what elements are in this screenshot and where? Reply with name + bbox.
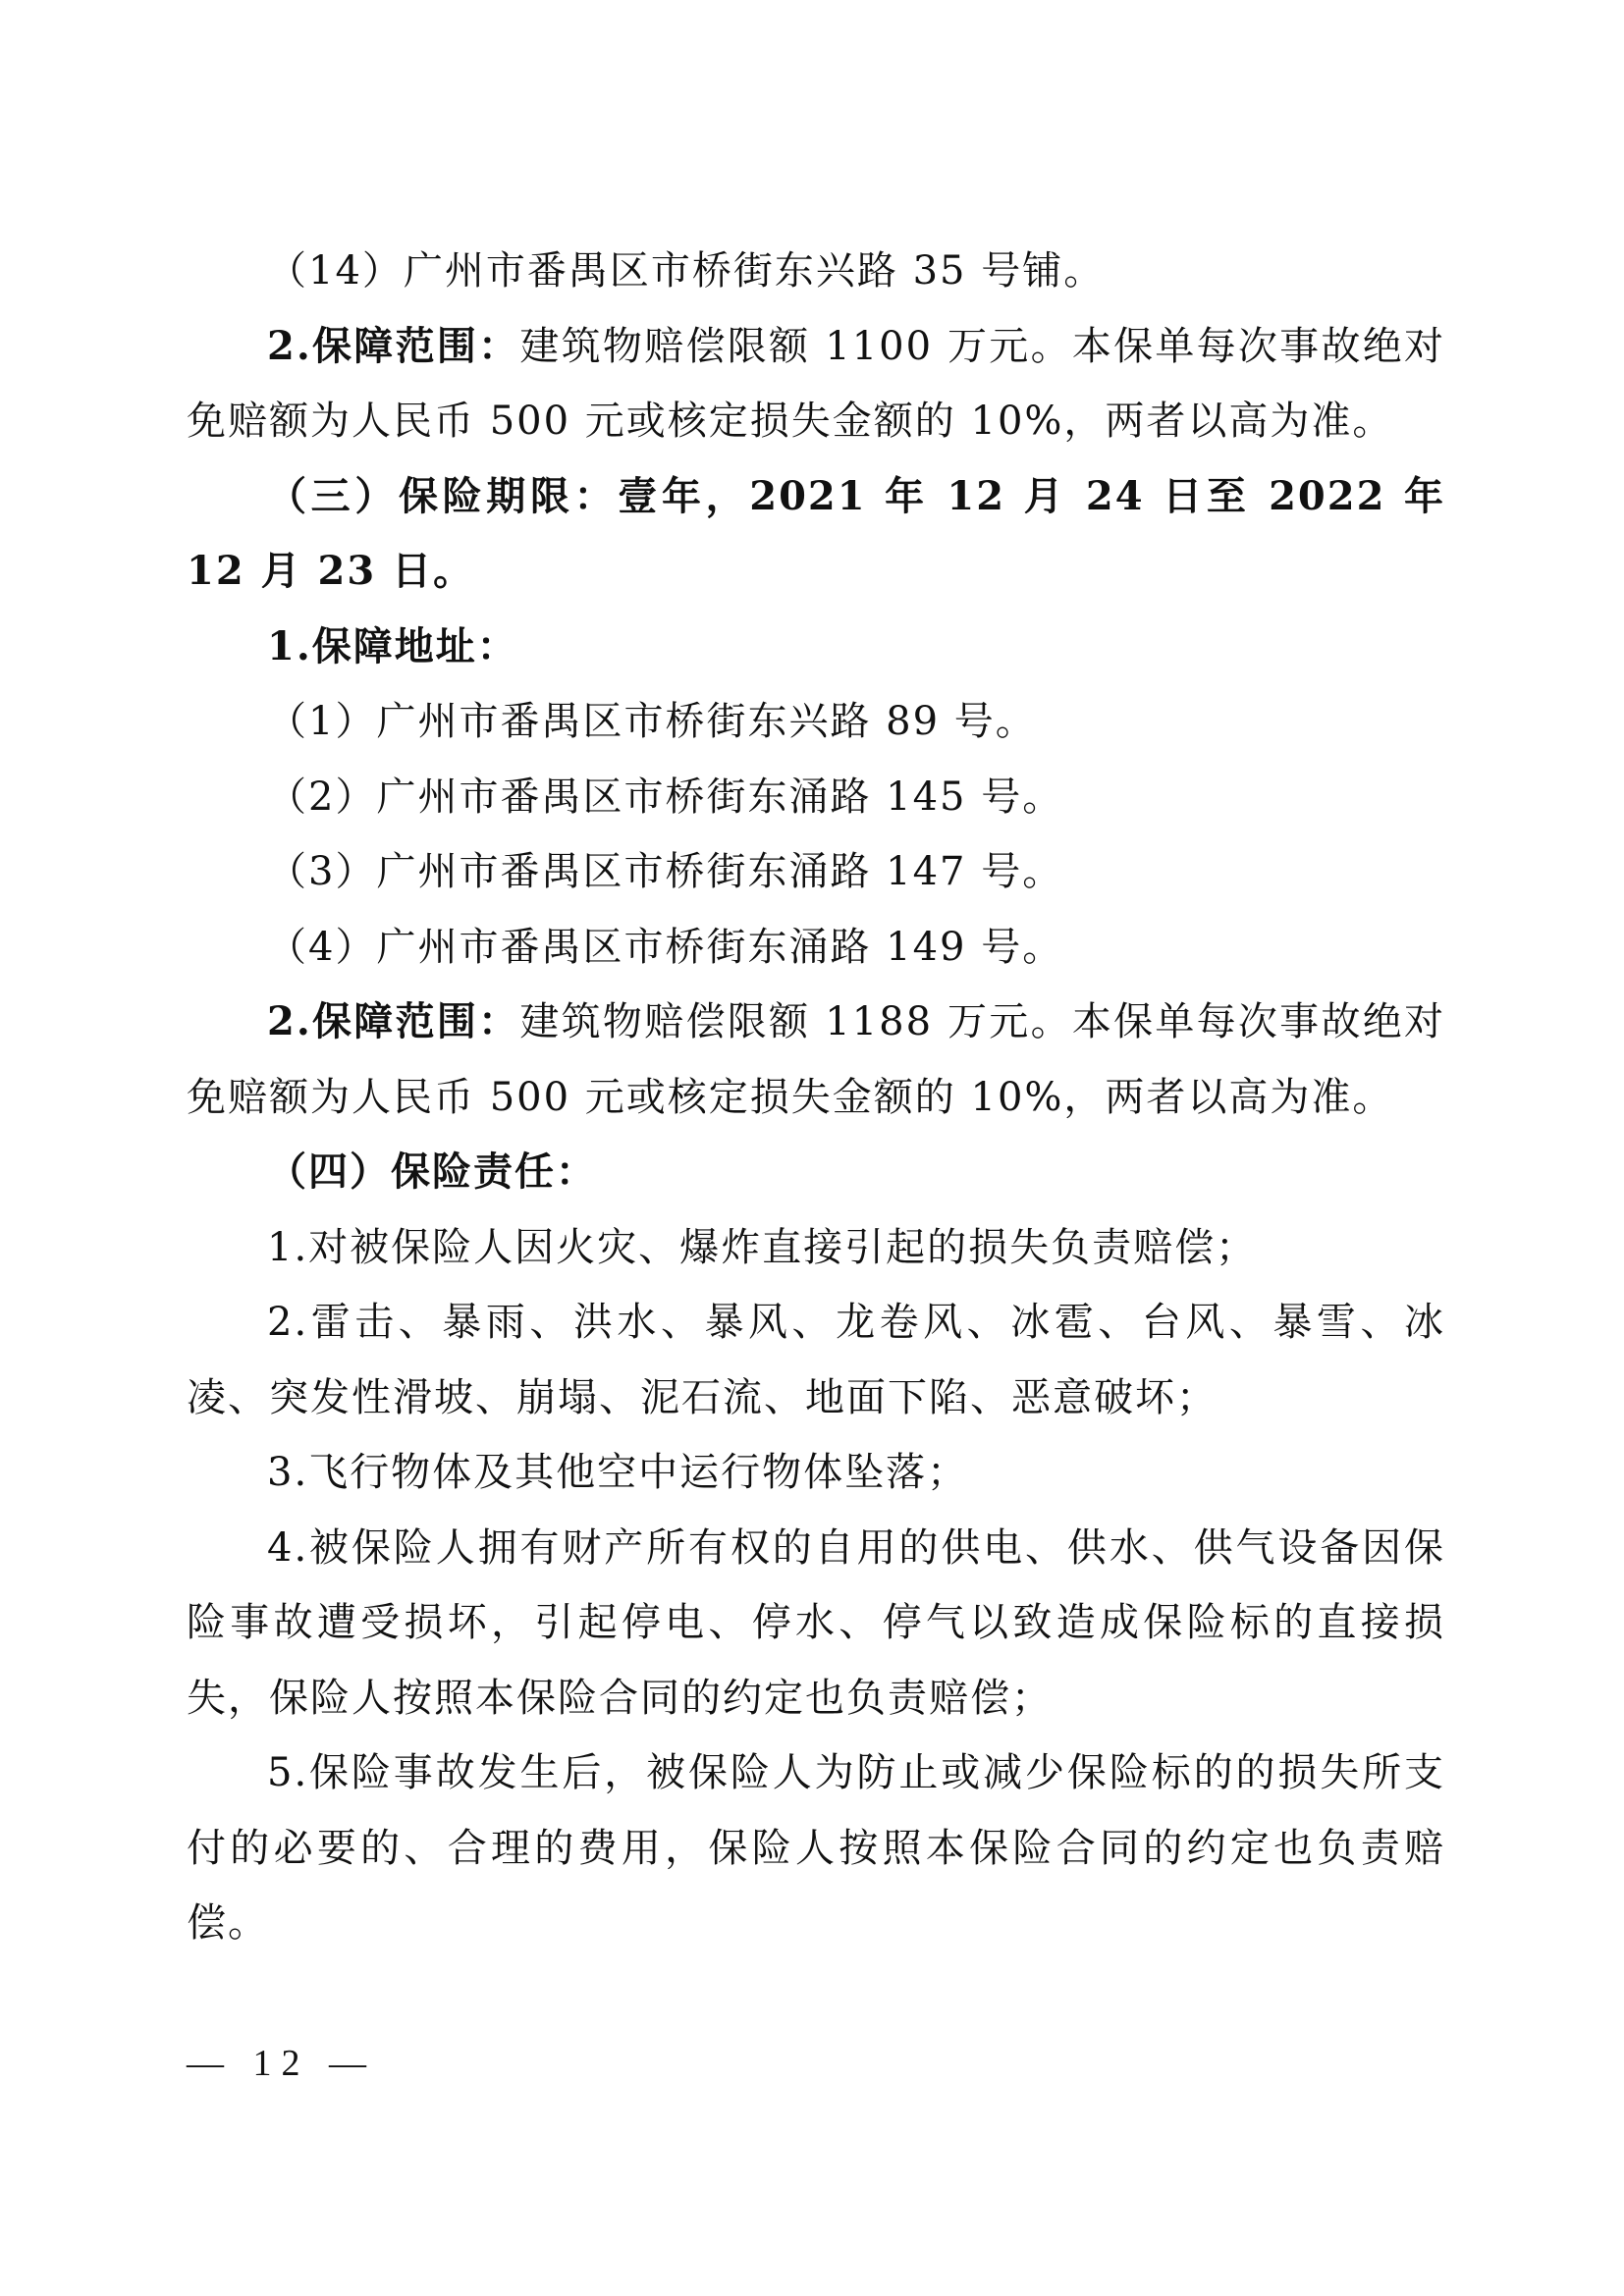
page-number: — 12 — — [187, 2042, 376, 2085]
address-1: （1）广州市番禺区市桥街东兴路 89 号。 — [187, 684, 1445, 760]
paragraph-text: 3.飞行物体及其他空中运行物体坠落； — [267, 1450, 968, 1495]
coverage-scope-1: 2.保障范围：建筑物赔偿限额 1100 万元。本保单每次事故绝对免赔额为人民币 … — [187, 309, 1445, 459]
liability-item-1: 1.对被保险人因火灾、爆炸直接引起的损失负责赔偿； — [187, 1210, 1445, 1286]
section-heading: （四）保险责任： — [267, 1148, 597, 1195]
paragraph-text: （14）广州市番禺区市桥街东兴路 35 号铺。 — [267, 248, 1105, 294]
section-label: 2.保障范围： — [267, 323, 519, 369]
paragraph-text: （1）广州市番禺区市桥街东兴路 89 号。 — [267, 699, 1037, 744]
paragraph-text: 4.被保险人拥有财产所有权的自用的供电、供水、供气设备因保险事故遭受损坏，引起停… — [187, 1525, 1445, 1721]
document-page: （14）广州市番禺区市桥街东兴路 35 号铺。 2.保障范围：建筑物赔偿限额 1… — [0, 0, 1624, 2296]
liability-item-3: 3.飞行物体及其他空中运行物体坠落； — [187, 1435, 1445, 1511]
liability-item-4: 4.被保险人拥有财产所有权的自用的供电、供水、供气设备因保险事故遭受损坏，引起停… — [187, 1511, 1445, 1736]
paragraph-text: （3）广州市番禺区市桥街东涌路 147 号。 — [267, 849, 1063, 894]
document-body: （14）广州市番禺区市桥街东兴路 35 号铺。 2.保障范围：建筑物赔偿限额 1… — [187, 234, 1445, 1961]
liability-item-2: 2.雷击、暴雨、洪水、暴风、龙卷风、冰雹、台风、暴雪、冰凌、突发性滑坡、崩塌、泥… — [187, 1285, 1445, 1435]
liability-heading: （四）保险责任： — [187, 1135, 1445, 1210]
address-3: （3）广州市番禺区市桥街东涌路 147 号。 — [187, 834, 1445, 910]
address-14: （14）广州市番禺区市桥街东兴路 35 号铺。 — [187, 234, 1445, 309]
paragraph-text: 2.雷击、暴雨、洪水、暴风、龙卷风、冰雹、台风、暴雪、冰凌、突发性滑坡、崩塌、泥… — [187, 1300, 1445, 1420]
coverage-scope-2: 2.保障范围：建筑物赔偿限额 1188 万元。本保单每次事故绝对免赔额为人民币 … — [187, 985, 1445, 1135]
section-label: 2.保障范围： — [267, 998, 519, 1044]
paragraph-text: （2）广州市番禺区市桥街东涌路 145 号。 — [267, 774, 1063, 820]
section-heading: 1.保障地址： — [267, 623, 518, 669]
address-4: （4）广州市番禺区市桥街东涌路 149 号。 — [187, 910, 1445, 986]
paragraph-text: 1.对被保险人因火灾、爆炸直接引起的损失负责赔偿； — [267, 1225, 1257, 1270]
paragraph-text: 5.保险事故发生后，被保险人为防止或减少保险标的的损失所支付的必要的、合理的费用… — [187, 1750, 1445, 1946]
liability-item-5: 5.保险事故发生后，被保险人为防止或减少保险标的的损失所支付的必要的、合理的费用… — [187, 1735, 1445, 1961]
address-2: （2）广州市番禺区市桥街东涌路 145 号。 — [187, 760, 1445, 835]
section-heading: （三）保险期限：壹年，2021 年 12 月 24 日至 2022 年 12 月… — [187, 473, 1445, 595]
paragraph-text: （4）广州市番禺区市桥街东涌路 149 号。 — [267, 925, 1063, 970]
insurance-period: （三）保险期限：壹年，2021 年 12 月 24 日至 2022 年 12 月… — [187, 459, 1445, 610]
coverage-address-heading: 1.保障地址： — [187, 610, 1445, 685]
